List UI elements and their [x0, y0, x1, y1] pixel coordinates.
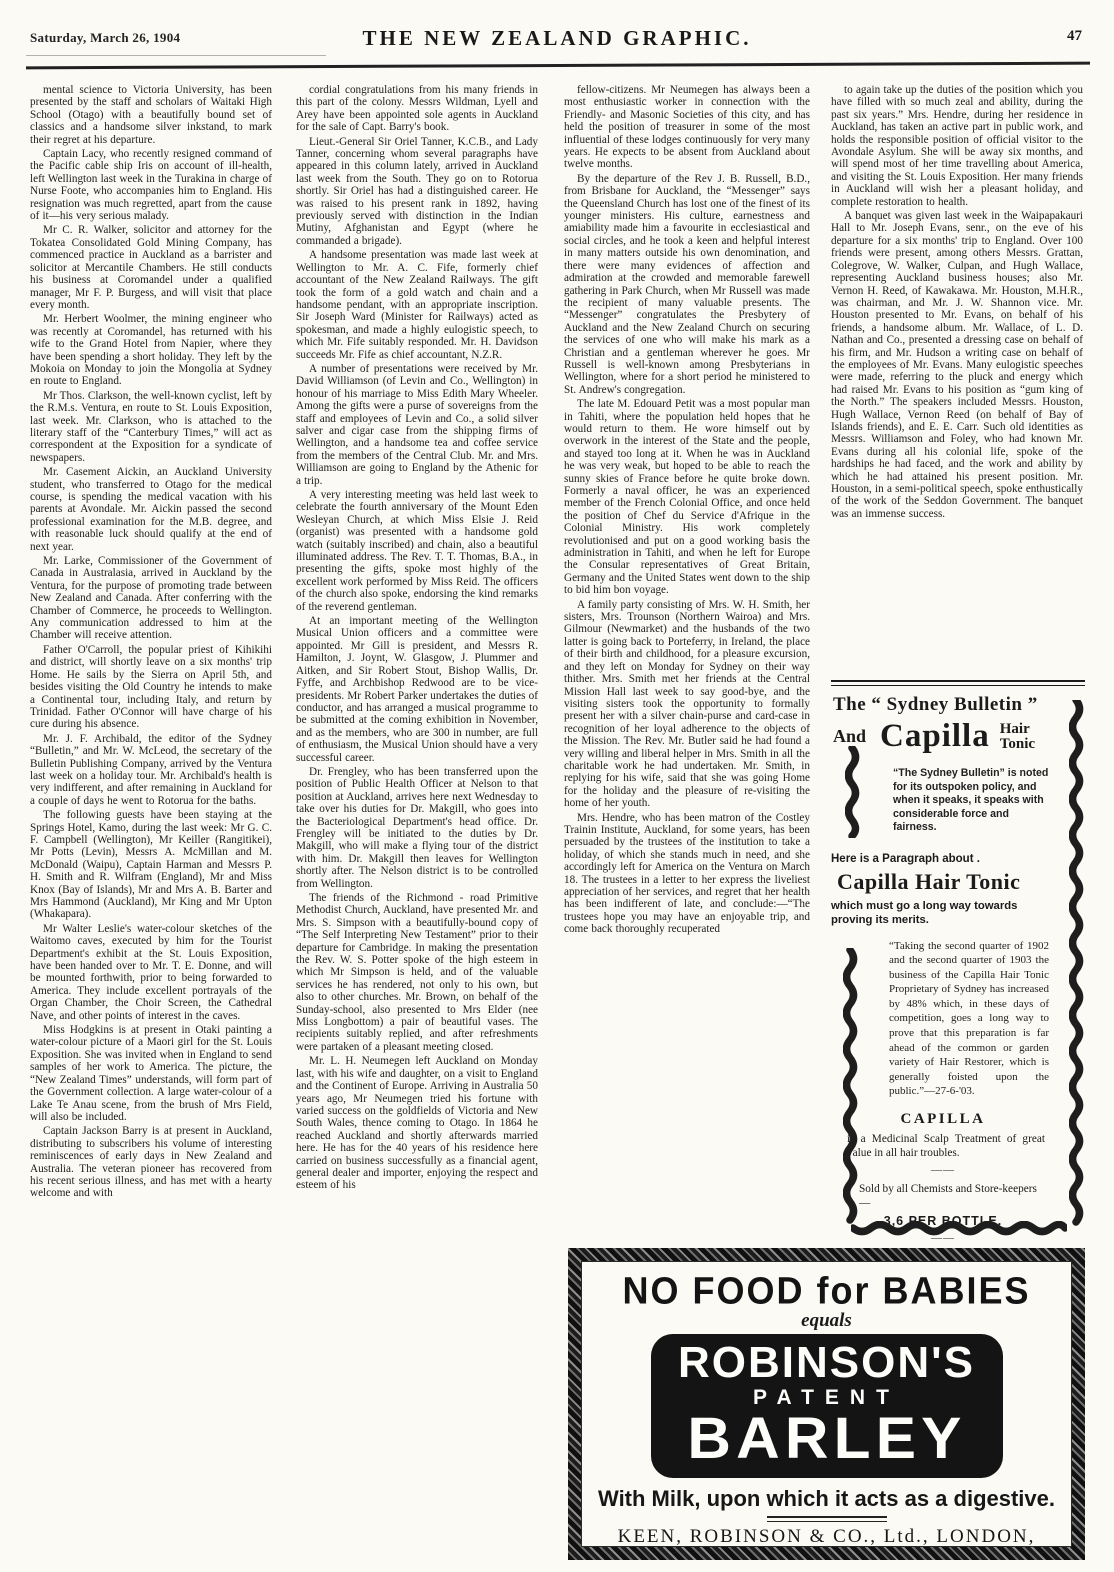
paragraph: The following guests have been staying a… — [30, 809, 272, 921]
and-word: And — [833, 726, 866, 747]
newspaper-page: { "header": { "date": "Saturday, March 2… — [0, 0, 1114, 1572]
tonic-word: Tonic — [1000, 736, 1035, 752]
barley-word: BARLEY — [671, 1410, 983, 1468]
squiggle-ornament-left-top-icon — [845, 746, 861, 838]
barley-brand-box: ROBINSON'S PATENT BARLEY — [651, 1334, 1003, 1478]
header-rule — [26, 62, 1090, 70]
divider-dash: —— — [831, 1164, 1055, 1176]
capilla-brand: Capilla — [880, 718, 990, 755]
bulletin-paragraph: “The Sydney Bulletin” is noted for its o… — [893, 767, 1051, 835]
testimonial-quote: “Taking the second quarter of 1902 and t… — [889, 939, 1049, 1100]
scalp-treatment-text: is a Medicinal Scalp Treatment of great … — [847, 1132, 1045, 1160]
paragraph: Mr Thos. Clarkson, the well-known cyclis… — [30, 390, 272, 464]
paragraph: A banquet was given last week in the Wai… — [831, 210, 1083, 520]
sold-by-text: Sold by all Chemists and Store-keepers— — [859, 1182, 1045, 1210]
paragraph: Lieut.-General Sir Oriel Tanner, K.C.B.,… — [296, 136, 538, 248]
paragraph: Captain Lacy, who recently resigned comm… — [30, 148, 272, 222]
paragraph: Father O'Carroll, the popular priest of … — [30, 644, 272, 731]
paragraph: Mr. J. F. Archibald, the editor of the S… — [30, 733, 272, 807]
paragraph: to again take up the duties of the posit… — [831, 84, 1083, 208]
squiggle-ornament-left-top-icon — [845, 746, 861, 843]
robinson-ad: NO FOOD for BABIES equals ROBINSON'S PAT… — [568, 1248, 1085, 1560]
no-food-headline: NO FOOD for BABIES — [582, 1269, 1071, 1313]
paragraph: cordial congratulations from his many fr… — [296, 84, 538, 134]
paragraph: A handsome presentation was made last we… — [296, 249, 538, 361]
ad-top-rule — [831, 680, 1085, 686]
paragraph: Mr Walter Leslie's water-colour sketches… — [30, 923, 272, 1022]
paragraph: At an important meeting of the Wellingto… — [296, 615, 538, 764]
tagline-text: With Milk, upon which it acts as a diges… — [582, 1486, 1071, 1512]
masthead-title: THE NEW ZEALAND GRAPHIC. — [0, 26, 1114, 51]
paragraph: Captain Jackson Barry is at present in A… — [30, 1125, 272, 1199]
hair-word: Hair — [1000, 721, 1030, 737]
paragraph: The friends of the Richmond - road Primi… — [296, 892, 538, 1053]
squiggle-border-bottom-icon — [851, 1221, 1067, 1242]
paragraph: mental science to Victoria University, h… — [30, 84, 272, 146]
squiggle-border-right-icon — [1069, 700, 1085, 1228]
paragraph: A family party consisting of Mrs. W. H. … — [564, 599, 810, 810]
paragraph: Mrs. Hendre, who has been matron of the … — [564, 812, 810, 936]
paragraph: A number of presentations were received … — [296, 363, 538, 487]
paragraph: fellow-citizens. Mr Neumegen has always … — [564, 84, 810, 171]
capilla-heading: And Capilla Hair Tonic — [833, 718, 1085, 755]
paragraph: By the departure of the Rev J. B. Russel… — [564, 173, 810, 396]
squiggle-border-bottom-icon — [851, 1221, 1067, 1237]
paragraph: Miss Hodgkins is at present in Otaki pai… — [30, 1024, 272, 1123]
hair-tonic-stack: Hair Tonic — [1000, 722, 1035, 752]
page-number: 47 — [1067, 28, 1082, 45]
paragraph: A very interesting meeting was held last… — [296, 489, 538, 613]
sydney-bulletin-heading: The “ Sydney Bulletin ” — [833, 694, 1085, 716]
company-text: KEEN, ROBINSON & CO., Ltd., LONDON, — [582, 1526, 1071, 1547]
lead-in-text: Here is a Paragraph about . — [831, 853, 1085, 865]
paragraph: Mr. Herbert Woolmer, the mining engineer… — [30, 313, 272, 387]
capilla-hair-tonic-headline: Capilla Hair Tonic — [837, 869, 1085, 895]
capilla-caps: CAPILLA — [831, 1111, 1055, 1128]
text-column-3: fellow-citizens. Mr Neumegen has always … — [564, 84, 810, 1239]
capilla-ad: The “ Sydney Bulletin ” And Capilla Hair… — [831, 680, 1085, 1242]
robinsons-word: ROBINSON'S — [677, 1340, 977, 1386]
text-column-2: cordial congratulations from his many fr… — [296, 84, 538, 1564]
squiggle-ornament-left-bottom-icon — [843, 948, 859, 1228]
squiggle-border-right-icon — [1069, 700, 1085, 1233]
paragraph: The late M. Edouard Petit was a most pop… — [564, 398, 810, 597]
equals-word: equals — [582, 1310, 1071, 1332]
robinson-ad-inner: NO FOOD for BABIES equals ROBINSON'S PAT… — [581, 1261, 1072, 1547]
text-column-1: mental science to Victoria University, h… — [30, 84, 272, 1564]
tagline-rule — [767, 1516, 887, 1522]
squiggle-ornament-left-bottom-icon — [843, 948, 859, 1233]
paragraph: Mr. L. H. Neumegen left Auckland on Mond… — [296, 1055, 538, 1191]
paragraph: Mr C. R. Walker, solicitor and attorney … — [30, 224, 272, 311]
paragraph: Mr. Larke, Commissioner of the Governmen… — [30, 555, 272, 642]
paragraph: Mr. Casement Aickin, an Auckland Univers… — [30, 466, 272, 553]
merits-text: which must go a long way towards proving… — [831, 899, 1025, 927]
text-column-4: to again take up the duties of the posit… — [831, 84, 1083, 674]
paragraph: Dr. Frengley, who has been transferred u… — [296, 766, 538, 890]
header-smudge-rule — [26, 55, 326, 56]
